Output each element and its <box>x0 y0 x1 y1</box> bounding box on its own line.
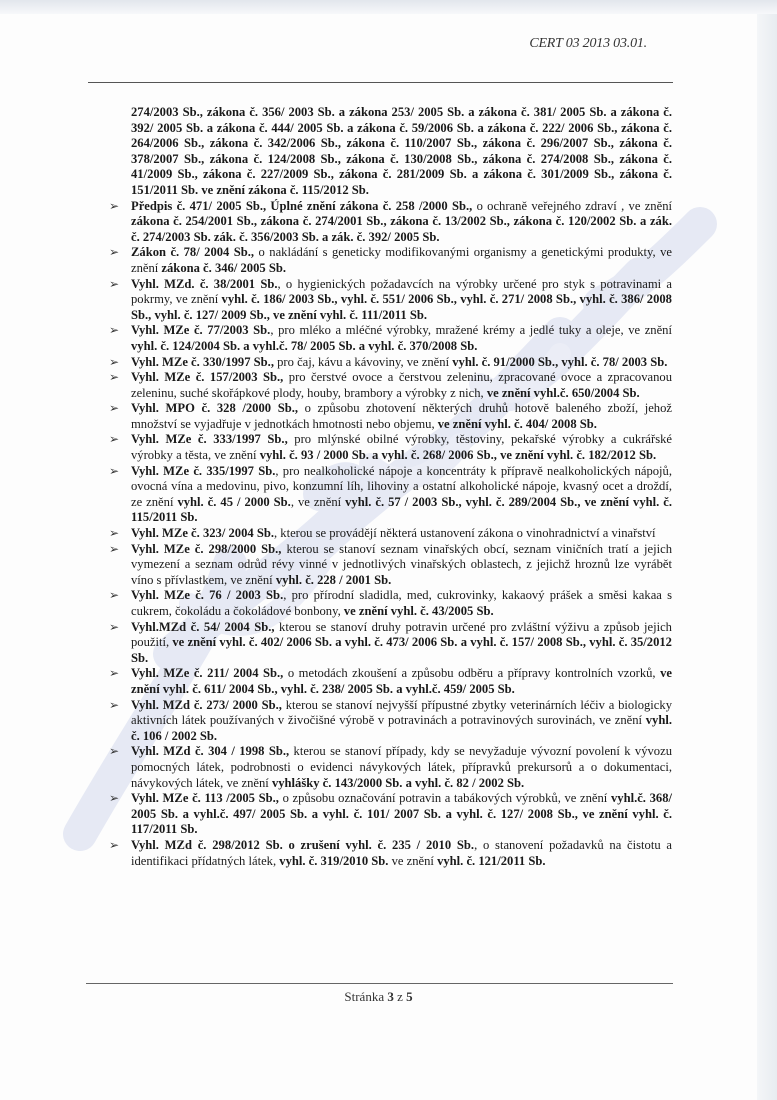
arrow-bullet-icon: ➢ <box>109 277 119 293</box>
list-item: ➢Vyhl. MZd č. 304 / 1998 Sb., kterou se … <box>131 744 672 791</box>
list-item: ➢Vyhl. MZe č. 335/1997 Sb., pro nealkoho… <box>131 464 672 526</box>
document-body: 274/2003 Sb., zákona č. 356/ 2003 Sb. a … <box>131 105 672 869</box>
law-reference: Vyhl. MZe č. 298/2000 Sb., <box>131 542 281 556</box>
law-reference: Vyhl. MZe č. 77/2003 Sb. <box>131 323 270 337</box>
law-reference: vyhlášky č. 143/2000 Sb. a vyhl. č. 82 /… <box>272 776 524 790</box>
list-item: ➢Vyhl. MZd č. 273/ 2000 Sb., kterou se s… <box>131 698 672 745</box>
page-number: Stránka 3 z 5 <box>0 989 757 1005</box>
arrow-bullet-icon: ➢ <box>109 588 119 604</box>
list-item: ➢Vyhl. MZe č. 211/ 2004 Sb., o metodách … <box>131 666 672 697</box>
law-reference: vyhl. č. 45 / 2000 Sb. <box>177 495 290 509</box>
law-reference: Vyhl. MZe č. 211/ 2004 Sb., <box>131 666 283 680</box>
arrow-bullet-icon: ➢ <box>109 666 119 682</box>
law-reference: Předpis č. 471/ 2005 Sb., Úplné znění zá… <box>131 199 472 213</box>
list-item: ➢Zákon č. 78/ 2004 Sb., o nakládání s ge… <box>131 245 672 276</box>
page-label: Stránka <box>344 989 384 1004</box>
list-item: ➢Předpis č. 471/ 2005 Sb., Úplné znění z… <box>131 199 672 246</box>
page-of: z <box>397 989 403 1004</box>
page-current: 3 <box>387 989 394 1004</box>
law-reference: zákona č. 254/2001 Sb., zákona č. 274/20… <box>131 214 672 244</box>
arrow-bullet-icon: ➢ <box>109 542 119 558</box>
list-item: ➢Vyhl. MZe č. 298/2000 Sb., kterou se st… <box>131 542 672 589</box>
law-reference: Zákon č. 78/ 2004 Sb., <box>131 245 254 259</box>
arrow-bullet-icon: ➢ <box>109 323 119 339</box>
list-item: ➢Vyhl. MZe č. 77/2003 Sb., pro mléko a m… <box>131 323 672 354</box>
arrow-bullet-icon: ➢ <box>109 791 119 807</box>
arrow-bullet-icon: ➢ <box>109 355 119 371</box>
law-description: pro čaj, kávu a kávoviny, ve znění <box>274 355 452 369</box>
arrow-bullet-icon: ➢ <box>109 432 119 448</box>
law-reference: vyhl. č. 91/2000 Sb., vyhl. č. 78/ 2003 … <box>452 355 667 369</box>
document-code: CERT 03 2013 03.01. <box>529 36 647 52</box>
arrow-bullet-icon: ➢ <box>109 401 119 417</box>
law-reference: vyhl. č. 228 / 2001 Sb. <box>276 573 391 587</box>
arrow-bullet-icon: ➢ <box>109 698 119 714</box>
law-description: , kterou se provádějí některá ustanovení… <box>274 526 656 540</box>
list-item: ➢Vyhl. MZe č. 333/1997 Sb., pro mlýnské … <box>131 432 672 463</box>
arrow-bullet-icon: ➢ <box>109 526 119 542</box>
law-reference: ve znění vyhl.č. 650/2004 Sb. <box>487 386 640 400</box>
scan-top-edge <box>0 0 777 14</box>
law-reference: Vyhl. MZe č. 76 / 2003 Sb. <box>131 588 283 602</box>
law-description: , ve znění <box>291 495 345 509</box>
arrow-bullet-icon: ➢ <box>109 620 119 636</box>
document-page: CERT 03 2013 03.01. 274/2003 Sb., zákona… <box>0 14 757 1100</box>
law-reference: ve znění vyhl. č. 43/2005 Sb. <box>344 604 494 618</box>
list-item: ➢Vyhl.MZd č. 54/ 2004 Sb., kterou se sta… <box>131 620 672 667</box>
law-reference: ve znění vyhl. č. 404/ 2008 Sb. <box>438 417 597 431</box>
law-reference: Vyhl. MPO č. 328 /2000 Sb., <box>131 401 298 415</box>
scan-right-edge <box>757 14 777 1100</box>
list-item: ➢Vyhl. MZe č. 323/ 2004 Sb., kterou se p… <box>131 526 672 542</box>
list-item: ➢Vyhl. MZe č. 113 /2005 Sb., o způsobu o… <box>131 791 672 838</box>
law-reference: Vyhl. MZd č. 298/2012 Sb. o zrušení vyhl… <box>131 838 474 852</box>
law-reference: Vyhl. MZe č. 335/1997 Sb. <box>131 464 275 478</box>
law-reference: Vyhl. MZd č. 273/ 2000 Sb., <box>131 698 282 712</box>
arrow-bullet-icon: ➢ <box>109 370 119 386</box>
arrow-bullet-icon: ➢ <box>109 838 119 854</box>
law-reference: vyhl. č. 93 / 2000 Sb. a vyhl. č. 268/ 2… <box>260 448 656 462</box>
law-reference: Vyhl. MZd č. 304 / 1998 Sb., <box>131 744 289 758</box>
law-reference: Vyhl. MZe č. 157/2003 Sb., <box>131 370 283 384</box>
law-reference: vyhl. č. 124/2004 Sb. a vyhl.č. 78/ 2005… <box>131 339 477 353</box>
law-reference: Vyhl. MZd. č. 38/2001 Sb. <box>131 277 278 291</box>
arrow-bullet-icon: ➢ <box>109 464 119 480</box>
page-total: 5 <box>406 989 413 1004</box>
arrow-bullet-icon: ➢ <box>109 245 119 261</box>
list-item: ➢Vyhl. MZd č. 298/2012 Sb. o zrušení vyh… <box>131 838 672 869</box>
law-reference: vyhl. č. 319/2010 Sb. <box>279 854 388 868</box>
law-reference: Vyhl. MZe č. 333/1997 Sb., <box>131 432 288 446</box>
header-divider <box>88 82 673 83</box>
list-item: ➢Vyhl. MZe č. 157/2003 Sb., pro čerstvé … <box>131 370 672 401</box>
law-description: o ochraně veřejného zdraví , ve znění <box>472 199 672 213</box>
law-description: , pro mléko a mléčné výrobky, mražené kr… <box>270 323 672 337</box>
list-item: ➢Vyhl. MZe č. 76 / 2003 Sb., pro přírodn… <box>131 588 672 619</box>
list-item: ➢Vyhl. MZd. č. 38/2001 Sb., o hygienický… <box>131 277 672 324</box>
list-item: ➢Vyhl. MZe č. 330/1997 Sb., pro čaj, káv… <box>131 355 672 371</box>
arrow-bullet-icon: ➢ <box>109 199 119 215</box>
law-reference: vyhl. č. 121/2011 Sb. <box>437 854 545 868</box>
footer-divider <box>86 983 673 984</box>
law-reference: Vyhl. MZe č. 323/ 2004 Sb. <box>131 526 274 540</box>
law-description: ve znění <box>388 854 437 868</box>
list-item: ➢Vyhl. MPO č. 328 /2000 Sb., o způsobu z… <box>131 401 672 432</box>
arrow-bullet-icon: ➢ <box>109 744 119 760</box>
legislation-list: ➢Předpis č. 471/ 2005 Sb., Úplné znění z… <box>131 199 672 870</box>
law-reference: ve znění vyhl. č. 402/ 2006 Sb. a vyhl. … <box>131 635 672 665</box>
law-description: o způsobu označování potravin a tabákový… <box>279 791 611 805</box>
law-reference: Vyhl. MZe č. 330/1997 Sb., <box>131 355 274 369</box>
law-reference: Vyhl.MZd č. 54/ 2004 Sb., <box>131 620 275 634</box>
intro-paragraph: 274/2003 Sb., zákona č. 356/ 2003 Sb. a … <box>131 105 672 199</box>
law-reference: Vyhl. MZe č. 113 /2005 Sb., <box>131 791 279 805</box>
law-description: o metodách zkoušení a způsobu odběru a p… <box>283 666 660 680</box>
law-reference: zákona č. 346/ 2005 Sb. <box>161 261 286 275</box>
